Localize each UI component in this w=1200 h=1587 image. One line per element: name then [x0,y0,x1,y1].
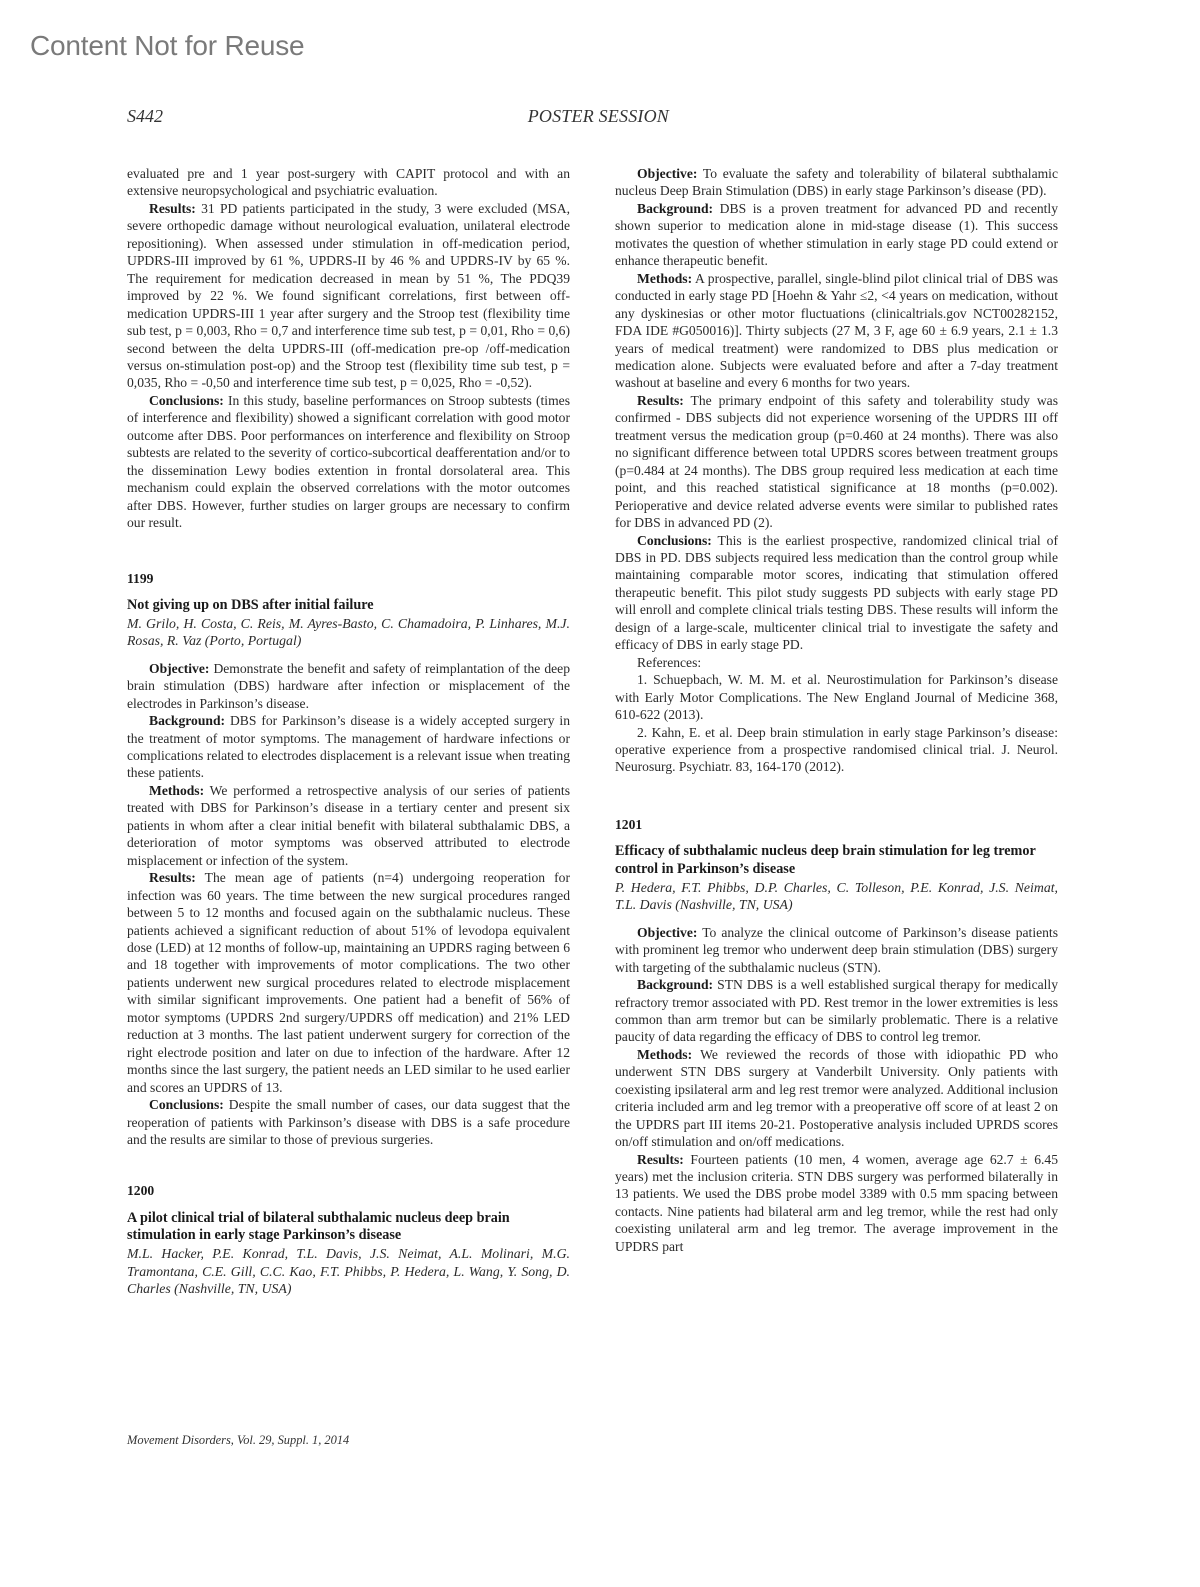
objective-label: Objective: [149,661,209,676]
abstract-authors-1200: M.L. Hacker, P.E. Konrad, T.L. Davis, J.… [127,1245,570,1298]
methods-1200: Methods: A prospective, parallel, single… [615,270,1058,392]
objective-label: Objective: [637,166,697,181]
abstract-number-1201: 1201 [615,816,1058,833]
continued-methods: evaluated pre and 1 year post-surgery wi… [127,165,570,200]
reference-item: 1. Schuepbach, W. M. M. et al. Neurostim… [615,671,1058,723]
methods-1199: Methods: We performed a retrospective an… [127,782,570,869]
abstract-authors-1199: M. Grilo, H. Costa, C. Reis, M. Ayres-Ba… [127,615,570,650]
objective-1201: Objective: To analyze the clinical outco… [615,924,1058,976]
continued-results: Results: 31 PD patients participated in … [127,200,570,392]
background-label: Background: [637,201,713,216]
conclusions-1200: Conclusions: This is the earliest prospe… [615,532,1058,654]
watermark: Content Not for Reuse [30,30,304,62]
results-label: Results: [149,201,196,216]
methods-1201: Methods: We reviewed the records of thos… [615,1046,1058,1151]
page-number: S442 [127,106,163,127]
journal-citation-footer: Movement Disorders, Vol. 29, Suppl. 1, 2… [127,1433,349,1448]
results-1199: Results: The mean age of patients (n=4) … [127,869,570,1096]
right-column: Objective: To evaluate the safety and to… [615,165,1058,1255]
abstract-number-1200: 1200 [127,1182,570,1199]
results-label: Results: [637,1152,684,1167]
conclusions-label: Conclusions: [637,533,712,548]
running-head: S442 POSTER SESSION [127,106,669,130]
background-label: Background: [149,713,225,728]
reference-item: 2. Kahn, E. et al. Deep brain stimulatio… [615,724,1058,776]
objective-1199: Objective: Demonstrate the benefit and s… [127,660,570,712]
conclusions-text: In this study, baseline performances on … [127,393,570,530]
methods-label: Methods: [149,783,204,798]
results-text: The mean age of patients (n=4) undergoin… [127,870,570,1094]
abstract-title-1199: Not giving up on DBS after initial failu… [127,597,570,615]
objective-1200: Objective: To evaluate the safety and to… [615,165,1058,200]
results-1201: Results: Fourteen patients (10 men, 4 wo… [615,1151,1058,1256]
methods-text: A prospective, parallel, single-blind pi… [615,271,1058,391]
results-text: The primary endpoint of this safety and … [615,393,1058,530]
objective-label: Objective: [637,925,697,940]
methods-text: We reviewed the records of those with id… [615,1047,1058,1149]
results-label: Results: [149,870,196,885]
continued-text: evaluated pre and 1 year post-surgery wi… [127,166,570,198]
results-1200: Results: The primary endpoint of this sa… [615,392,1058,532]
results-text: 31 PD patients participated in the study… [127,201,570,391]
background-label: Background: [637,977,713,992]
conclusions-label: Conclusions: [149,1097,224,1112]
continued-conclusions: Conclusions: In this study, baseline per… [127,392,570,532]
conclusions-1199: Conclusions: Despite the small number of… [127,1096,570,1148]
abstract-title-1200: A pilot clinical trial of bilateral subt… [127,1210,570,1245]
background-1201: Background: STN DBS is a well establishe… [615,976,1058,1046]
references-heading: References: [615,654,1058,671]
methods-label: Methods: [637,271,692,286]
methods-label: Methods: [637,1047,692,1062]
background-1200: Background: DBS is a proven treatment fo… [615,200,1058,270]
results-label: Results: [637,393,684,408]
conclusions-text: This is the earliest prospective, random… [615,533,1058,653]
section-title: POSTER SESSION [528,106,669,127]
background-1199: Background: DBS for Parkinson’s disease … [127,712,570,782]
conclusions-label: Conclusions: [149,393,224,408]
left-column: evaluated pre and 1 year post-surgery wi… [127,165,570,1308]
abstract-title-1201: Efficacy of subthalamic nucleus deep bra… [615,843,1058,878]
abstract-authors-1201: P. Hedera, F.T. Phibbs, D.P. Charles, C.… [615,879,1058,914]
abstract-number-1199: 1199 [127,570,570,587]
